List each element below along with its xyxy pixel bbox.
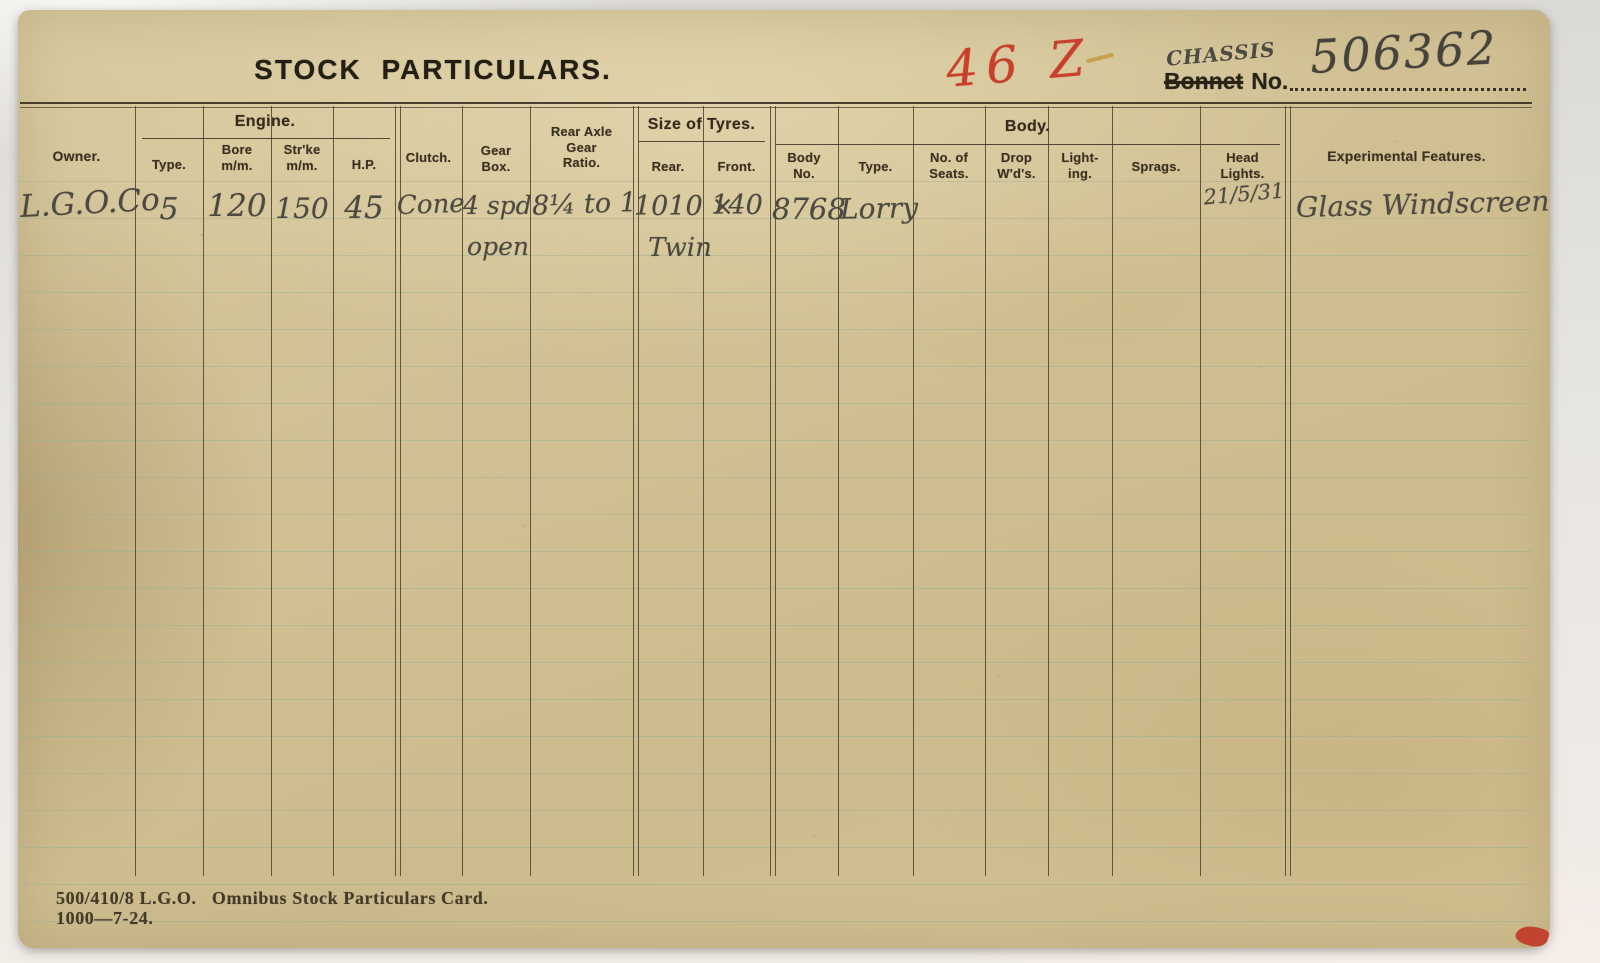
red-ink-mark (1514, 922, 1551, 951)
col-header-drop-wds: Drop W'd's. (985, 150, 1048, 181)
bonnet-label-struck: Bonnet (1164, 68, 1243, 95)
col-header-engine-type: Type. (135, 157, 203, 173)
col-header-body-type: Type. (838, 159, 913, 175)
entry-hp: 45 (334, 190, 394, 226)
table-top-rule (20, 102, 1532, 108)
entry-experimental-features: Glass Windscreen (1296, 185, 1531, 224)
entry-gear-box-line2: open (467, 232, 529, 261)
col-header-sprags: Sprags. (1112, 159, 1200, 175)
col-header-seats: No. of Seats. (913, 150, 985, 181)
entry-clutch: Cone (396, 189, 461, 221)
entry-head-lights-date: 21/5/31 (1201, 178, 1287, 209)
column-divider (462, 106, 463, 876)
ruled-lines (20, 181, 1532, 929)
group-underline-body (776, 144, 1280, 145)
imprint-line1: 500/410/8 L.G.O. Omnibus Stock Particula… (56, 888, 489, 909)
col-header-lighting: Light- ing. (1048, 150, 1112, 181)
col-header-stroke: Str'ke m/m. (271, 142, 333, 173)
dotted-leader-line (1290, 87, 1526, 91)
entry-rear-axle-ratio: 8¼ to 1 (531, 187, 632, 221)
card-title: STOCK PARTICULARS. (248, 54, 618, 86)
entry-gear-box-line1: 4 spd (463, 191, 529, 220)
col-header-owner: Owner. (18, 148, 135, 165)
entry-stroke: 150 (272, 192, 332, 225)
col-header-tyre-front: Front. (703, 159, 770, 175)
no-label: No. (1251, 68, 1288, 95)
entry-tyre-rear-line2: Twin (644, 233, 716, 263)
column-divider (530, 106, 531, 876)
group-header-engine: Engine. (135, 113, 395, 131)
chassis-label-handwritten: CHASSIS (1165, 37, 1276, 70)
group-header-body: Body. (770, 118, 1285, 136)
col-header-hp: H.P. (333, 157, 395, 173)
column-divider (135, 106, 136, 876)
col-header-body-no: Body No. (770, 150, 838, 181)
entry-engine-type: 5 (137, 192, 201, 227)
col-header-head-lights: Head Lights. (1200, 150, 1285, 181)
column-divider (1200, 106, 1201, 876)
col-header-clutch: Clutch. (395, 150, 462, 166)
col-header-rear-axle-gear-ratio: Rear Axle Gear Ratio. (530, 124, 633, 171)
column-divider-double (395, 106, 401, 876)
stock-particulars-card: STOCK PARTICULARS. 46 Z CHASSIS Bonnet N… (18, 10, 1550, 948)
entry-owner: L.G.O.Co (19, 183, 135, 225)
col-header-gear-box: Gear Box. (462, 143, 530, 174)
entry-body-type: Lorry (840, 191, 915, 225)
col-header-bore: Bore m/m. (203, 142, 271, 173)
fleet-number-red: 46 Z (944, 27, 1108, 99)
column-divider (1048, 106, 1049, 876)
column-divider-double (1285, 106, 1291, 876)
group-header-size-of-tyres: Size of Tyres. (633, 116, 770, 134)
col-header-experimental-features: Experimental Features. (1285, 148, 1528, 165)
group-underline-size-of-tyres (639, 141, 765, 142)
entry-body-no: 8768 (772, 192, 838, 226)
column-divider (1112, 106, 1113, 876)
group-underline-engine (142, 138, 390, 139)
entry-bore: 120 (204, 188, 270, 224)
imprint-line2: 1000—7-24. (56, 908, 154, 929)
col-header-tyre-rear: Rear. (633, 159, 703, 175)
column-divider (985, 106, 986, 876)
entry-tyre-front: 140 (706, 190, 768, 221)
